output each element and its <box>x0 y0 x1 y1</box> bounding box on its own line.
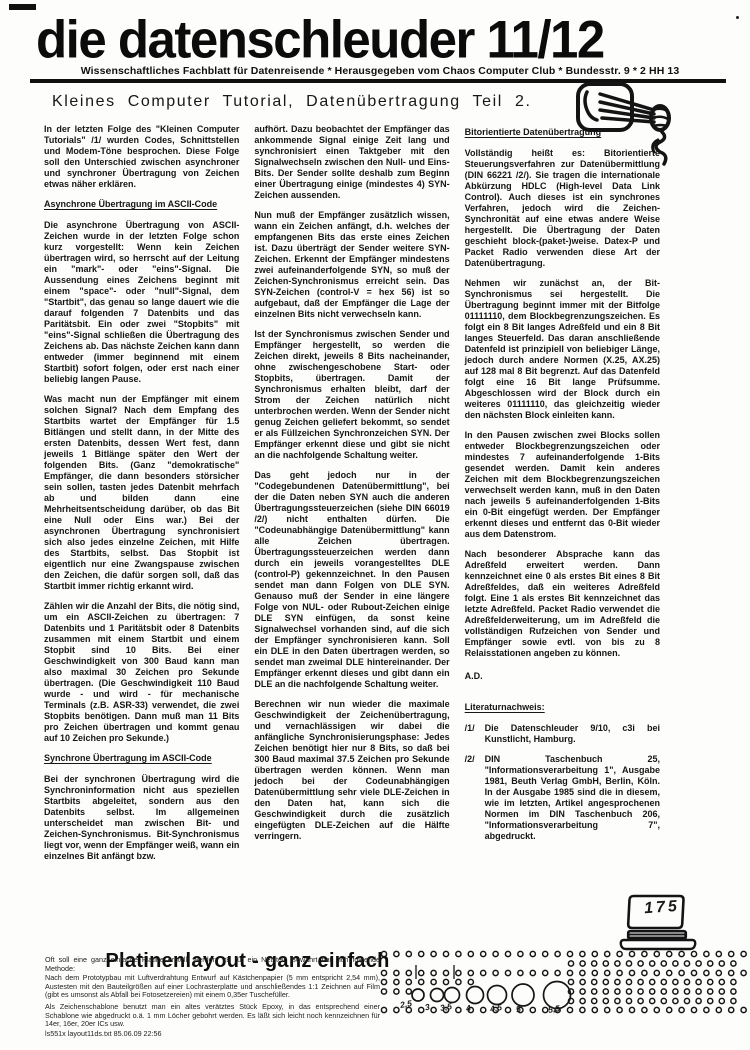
hole-size-label: 5,5 <box>547 1003 560 1015</box>
paragraph: In den Pausen zwischen zwei Blocks solle… <box>465 430 660 540</box>
masthead-subtitle: Wissenschaftliches Fachblatt für Datenre… <box>34 65 726 77</box>
paragraph: Ist der Synchronismus zwischen Sender un… <box>254 329 449 461</box>
paragraph: Zählen wir die Anzahl der Bits, die nöti… <box>44 601 239 744</box>
reference-marker: /2/ <box>465 754 483 842</box>
newsletter-page: die datenschleuder 11/12 Wissenschaftlic… <box>0 0 750 1050</box>
paragraph: Nun muß der Empfänger zusätzlich wissen,… <box>254 210 449 320</box>
hole-size-label: 3,5 <box>439 1001 452 1013</box>
column-2: aufhört. Dazu beobachtet der Empfänger d… <box>254 124 449 936</box>
reference-item: /2/ DIN Taschenbuch 25, "Informationsver… <box>465 754 660 842</box>
registration-mark <box>9 4 36 10</box>
instruction-line: Als Zeichenschablone benutzt man ein alt… <box>45 1003 380 1029</box>
paragraph: Das geht jedoch nur in der "Codegebunden… <box>254 470 449 690</box>
masthead-title: die datenschleuder 11/12 <box>36 13 728 66</box>
author-initials: A.D. <box>465 671 660 682</box>
reference-text: DIN Taschenbuch 25, "Informationsverarbe… <box>485 754 660 842</box>
section-heading-asynchron: Asynchrone Übertragung im ASCII-Code <box>44 199 239 210</box>
article-title: Kleines Computer Tutorial, Datenübertrag… <box>52 93 532 111</box>
paragraph: Vollständig heißt es: Bitorientierte Ste… <box>465 148 660 269</box>
column-3: Bitorientierte Datenübertragung Vollstän… <box>465 124 660 936</box>
section-heading-synchron: Synchrone Übertragung im ASCII-Code <box>44 753 239 764</box>
paragraph: Die asynchrone Übertragung von ASCII-Zei… <box>44 220 239 385</box>
paragraph: Bei der synchronen Übertragung wird die … <box>44 774 239 862</box>
hole-size-label: 2,5 <box>399 998 412 1010</box>
article-body: In der letzten Folge des "Kleinen Comput… <box>44 124 660 936</box>
paragraph: In der letzten Folge des "Kleinen Comput… <box>44 124 239 190</box>
paragraph: Nach besonderer Absprache kann das Adreß… <box>465 549 660 659</box>
paragraph: Was macht nun der Empfänger mit einem so… <box>44 394 239 592</box>
platinenlayout-instructions: Oft soll eine ganz einfache Platine erst… <box>45 956 380 1039</box>
paragraph: Nehmen wir zunächst an, der Bit-Synchron… <box>465 278 660 421</box>
reference-text: Die Datenschleuder 9/10, c3i bei Kunstli… <box>485 723 660 745</box>
reference-marker: /1/ <box>465 723 483 745</box>
drill-template-pattern <box>378 948 748 1023</box>
column-1: In der letzten Folge des "Kleinen Comput… <box>44 124 239 936</box>
hole-size-label: 4,5 <box>489 1002 502 1014</box>
instruction-line: Nach dem Prototypbau mit Luftverdrahtung… <box>45 974 380 1000</box>
scan-speck <box>736 16 739 19</box>
instruction-line: Oft soll eine ganz einfache Platine erst… <box>45 956 380 973</box>
section-heading-bitorientiert: Bitorientierte Datenübertragung <box>465 127 660 138</box>
paragraph: aufhört. Dazu beobachtet der Empfänger d… <box>254 124 449 201</box>
paragraph: Berechnen wir nun wieder die maximale Ge… <box>254 699 449 842</box>
page-number-sketch: 175 <box>639 897 684 918</box>
reference-item: /1/ Die Datenschleuder 9/10, c3i bei Kun… <box>465 723 660 745</box>
file-stamp: ls551x layout11ds.txt 85.06.09 22:56 <box>45 1030 380 1039</box>
literature-heading: Literaturnachweis: <box>465 702 660 713</box>
